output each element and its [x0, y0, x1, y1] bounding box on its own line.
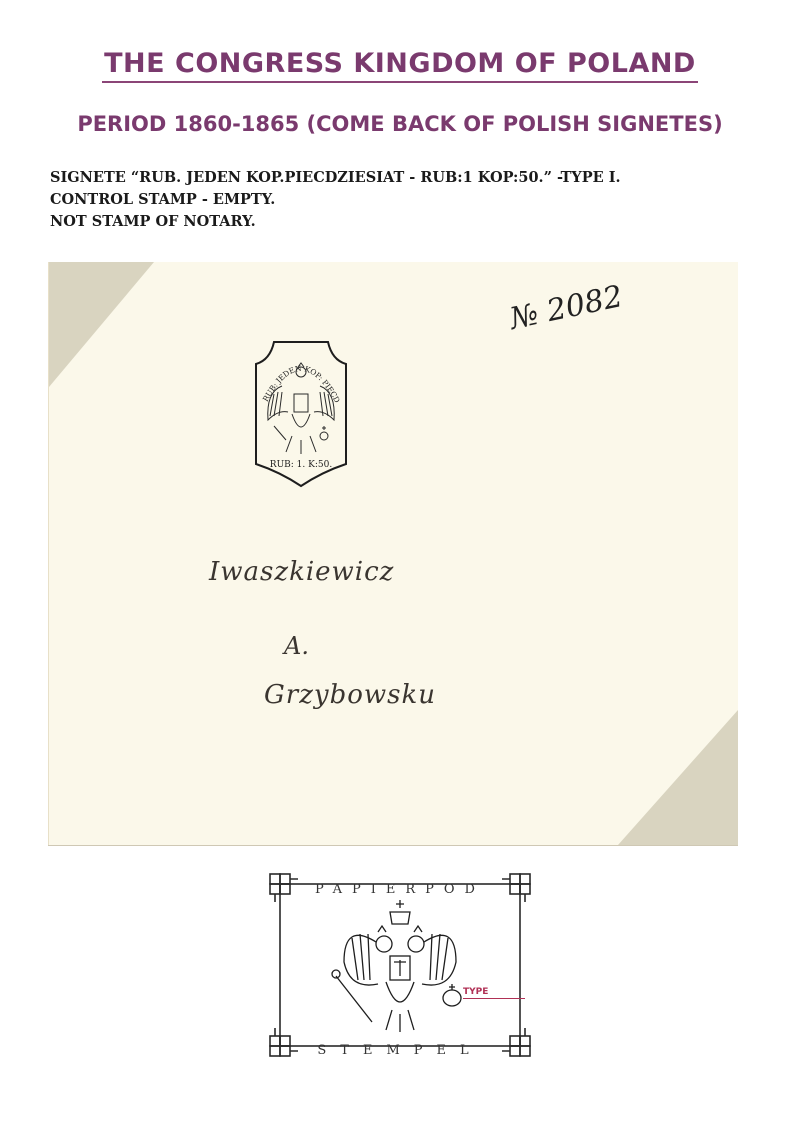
svg-text:PAPIERPOD: PAPIERPOD [315, 882, 485, 897]
mount-corner-top-left [49, 262, 154, 387]
period-subtitle: PERIOD 1860-1865 (COME BACK OF POLISH SI… [0, 112, 800, 136]
svg-text:STEMPEL: STEMPEL [317, 1043, 482, 1058]
registration-number: № 2082 [507, 279, 626, 337]
description-block: SIGNETE “RUB. JEDEN KOP.PIECDZIESIAT - R… [50, 167, 770, 233]
mount-corner-bottom-right [618, 710, 738, 845]
type-label: TYPE [463, 987, 525, 999]
handwritten-initial-line: A. [284, 632, 309, 660]
svg-text:RUB: 1. K:50.: RUB: 1. K:50. [270, 460, 333, 470]
page-title-text: THE CONGRESS KINGDOM OF POLAND [102, 48, 698, 83]
handwritten-place-line: Grzybowsku [264, 680, 436, 710]
control-stamp-illustration: PAPIERPOD STEMPEL TYPE [268, 872, 532, 1058]
description-line-signete: SIGNETE “RUB. JEDEN KOP.PIECDZIESIAT - R… [50, 167, 770, 189]
document-paper: RUB: JEDEN KOP: PIECDZIESIAT RUB: 1. K:5… [48, 262, 738, 845]
handwritten-name-line: Iwaszkiewicz [209, 557, 394, 587]
description-line-control-stamp: CONTROL STAMP - EMPTY. [50, 189, 770, 211]
page-title: THE CONGRESS KINGDOM OF POLAND [0, 48, 800, 83]
signet-stamp-eagle-icon: RUB: JEDEN KOP: PIECDZIESIAT RUB: 1. K:5… [252, 336, 350, 488]
control-stamp-frame-icon: PAPIERPOD STEMPEL [268, 872, 532, 1058]
description-line-notary: NOT STAMP OF NOTARY. [50, 211, 770, 233]
